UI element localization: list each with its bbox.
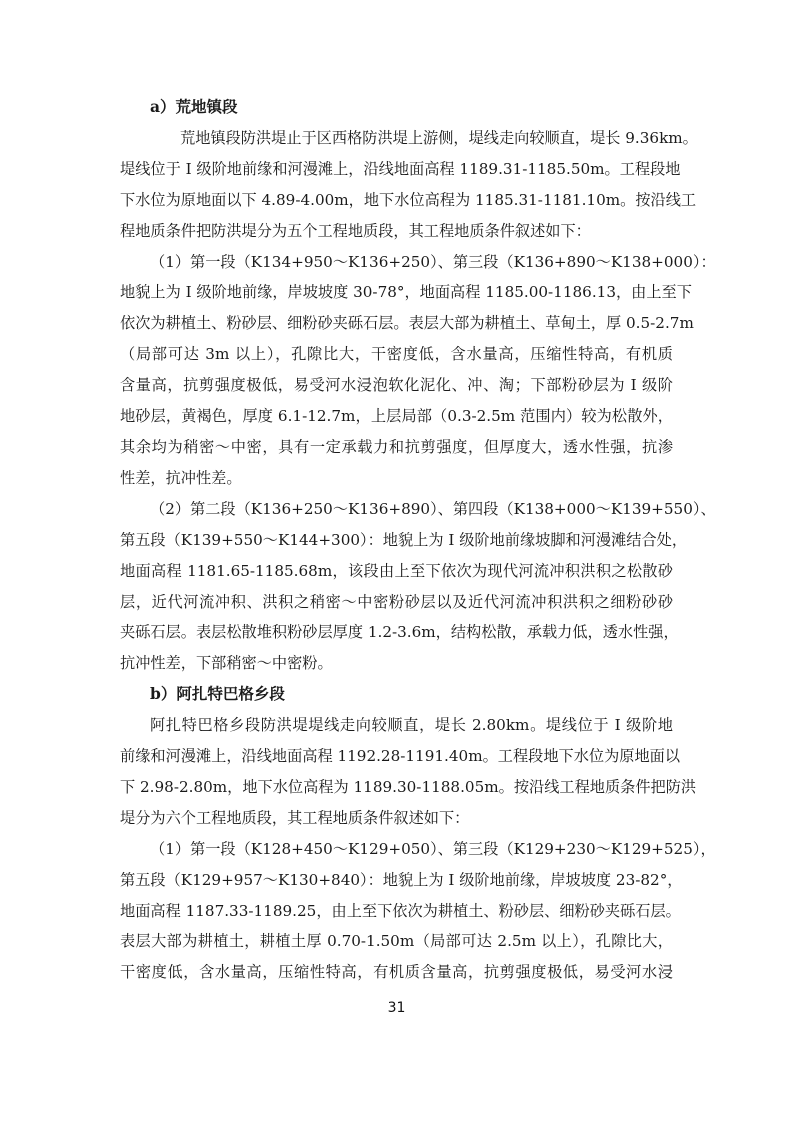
text-line: 下水位为原地面以下 4.89-4.00m，地下水位高程为 1185.31-118… [120, 185, 673, 216]
section-heading-a: a）荒地镇段 [120, 92, 673, 123]
text-line: 抗冲性差，下部稍密～中密粉。 [120, 648, 673, 679]
text-line: 第五段（K139+550～K144+300）：地貌上为 I 级阶地前缘坡脚和河漫… [120, 525, 673, 556]
text-line: 地砂层，黄褐色，厚度 6.1-12.7m，上层局部（0.3-2.5m 范围内）较… [120, 401, 673, 432]
text-line: 干密度低，含水量高，压缩性特高，有机质含量高，抗剪强度极低，易受河水浸 [120, 957, 673, 988]
text-line: 堤线位于 I 级阶地前缘和河漫滩上，沿线地面高程 1189.31-1185.50… [120, 154, 673, 185]
text-line: （2）第二段（K136+250～K136+890）、第四段（K138+000～K… [120, 494, 673, 525]
section-heading-b: b）阿扎特巴格乡段 [120, 679, 673, 710]
paragraph-a-intro: 荒地镇段防洪堤止于区西格防洪堤上游侧，堤线走向较顺直，堤长 9.36km。 堤线… [120, 123, 673, 247]
paragraph-a-item-1: （1）第一段（K134+950～K136+250）、第三段（K136+890～K… [120, 247, 673, 494]
text-line: 地面高程 1187.33-1189.25，由上至下依次为耕植土、粉砂层、细粉砂夹… [120, 896, 673, 927]
paragraph-b-item-1: （1）第一段（K128+450～K129+050）、第三段（K129+230～K… [120, 834, 673, 989]
text-line: 地貌上为 I 级阶地前缘，岸坡坡度 30-78°，地面高程 1185.00-11… [120, 277, 673, 308]
text-line: （1）第一段（K134+950～K136+250）、第三段（K136+890～K… [120, 247, 673, 278]
page-number: 31 [0, 1000, 793, 1016]
text-line: 夹砾石层。表层松散堆积粉砂层厚度 1.2-3.6m，结构松散，承载力低，透水性强… [120, 617, 673, 648]
text-line: 前缘和河漫滩上，沿线地面高程 1192.28-1191.40m。工程段地下水位为… [120, 741, 673, 772]
text-line: 荒地镇段防洪堤止于区西格防洪堤上游侧，堤线走向较顺直，堤长 9.36km。 [120, 123, 673, 154]
text-line: （局部可达 3m 以上），孔隙比大，干密度低，含水量高，压缩性特高，有机质 [120, 339, 673, 370]
text-line: 依次为耕植土、粉砂层、细粉砂夹砾石层。表层大部为耕植土、草甸土，厚 0.5-2.… [120, 308, 673, 339]
document-body: a）荒地镇段 荒地镇段防洪堤止于区西格防洪堤上游侧，堤线走向较顺直，堤长 9.3… [120, 92, 673, 988]
text-line: 性差，抗冲性差。 [120, 463, 673, 494]
text-line: 第五段（K129+957～K130+840）：地貌上为 I 级阶地前缘，岸坡坡度… [120, 865, 673, 896]
text-line: 堤分为六个工程地质段，其工程地质条件叙述如下： [120, 803, 673, 834]
text-line: 含量高，抗剪强度极低，易受河水浸泡软化泥化、冲、淘；下部粉砂层为 I 级阶 [120, 370, 673, 401]
text-line: 表层大部为耕植土，耕植土厚 0.70-1.50m（局部可达 2.5m 以上），孔… [120, 926, 673, 957]
paragraph-a-item-2: （2）第二段（K136+250～K136+890）、第四段（K138+000～K… [120, 494, 673, 679]
text-line: 下 2.98-2.80m，地下水位高程为 1189.30-1188.05m。按沿… [120, 772, 673, 803]
text-line: 其余均为稍密～中密，具有一定承载力和抗剪强度，但厚度大，透水性强，抗渗 [120, 432, 673, 463]
paragraph-b-intro: 阿扎特巴格乡段防洪堤堤线走向较顺直，堤长 2.80km。堤线位于 I 级阶地 前… [120, 710, 673, 834]
text-line: 层，近代河流冲积、洪积之稍密～中密粉砂层以及近代河流冲积洪积之细粉砂砂 [120, 587, 673, 618]
text-line: 程地质条件把防洪堤分为五个工程地质段，其工程地质条件叙述如下： [120, 216, 673, 247]
text-line: （1）第一段（K128+450～K129+050）、第三段（K129+230～K… [120, 834, 673, 865]
text-line: 阿扎特巴格乡段防洪堤堤线走向较顺直，堤长 2.80km。堤线位于 I 级阶地 [120, 710, 673, 741]
text-line: 地面高程 1181.65-1185.68m，该段由上至下依次为现代河流冲积洪积之… [120, 556, 673, 587]
